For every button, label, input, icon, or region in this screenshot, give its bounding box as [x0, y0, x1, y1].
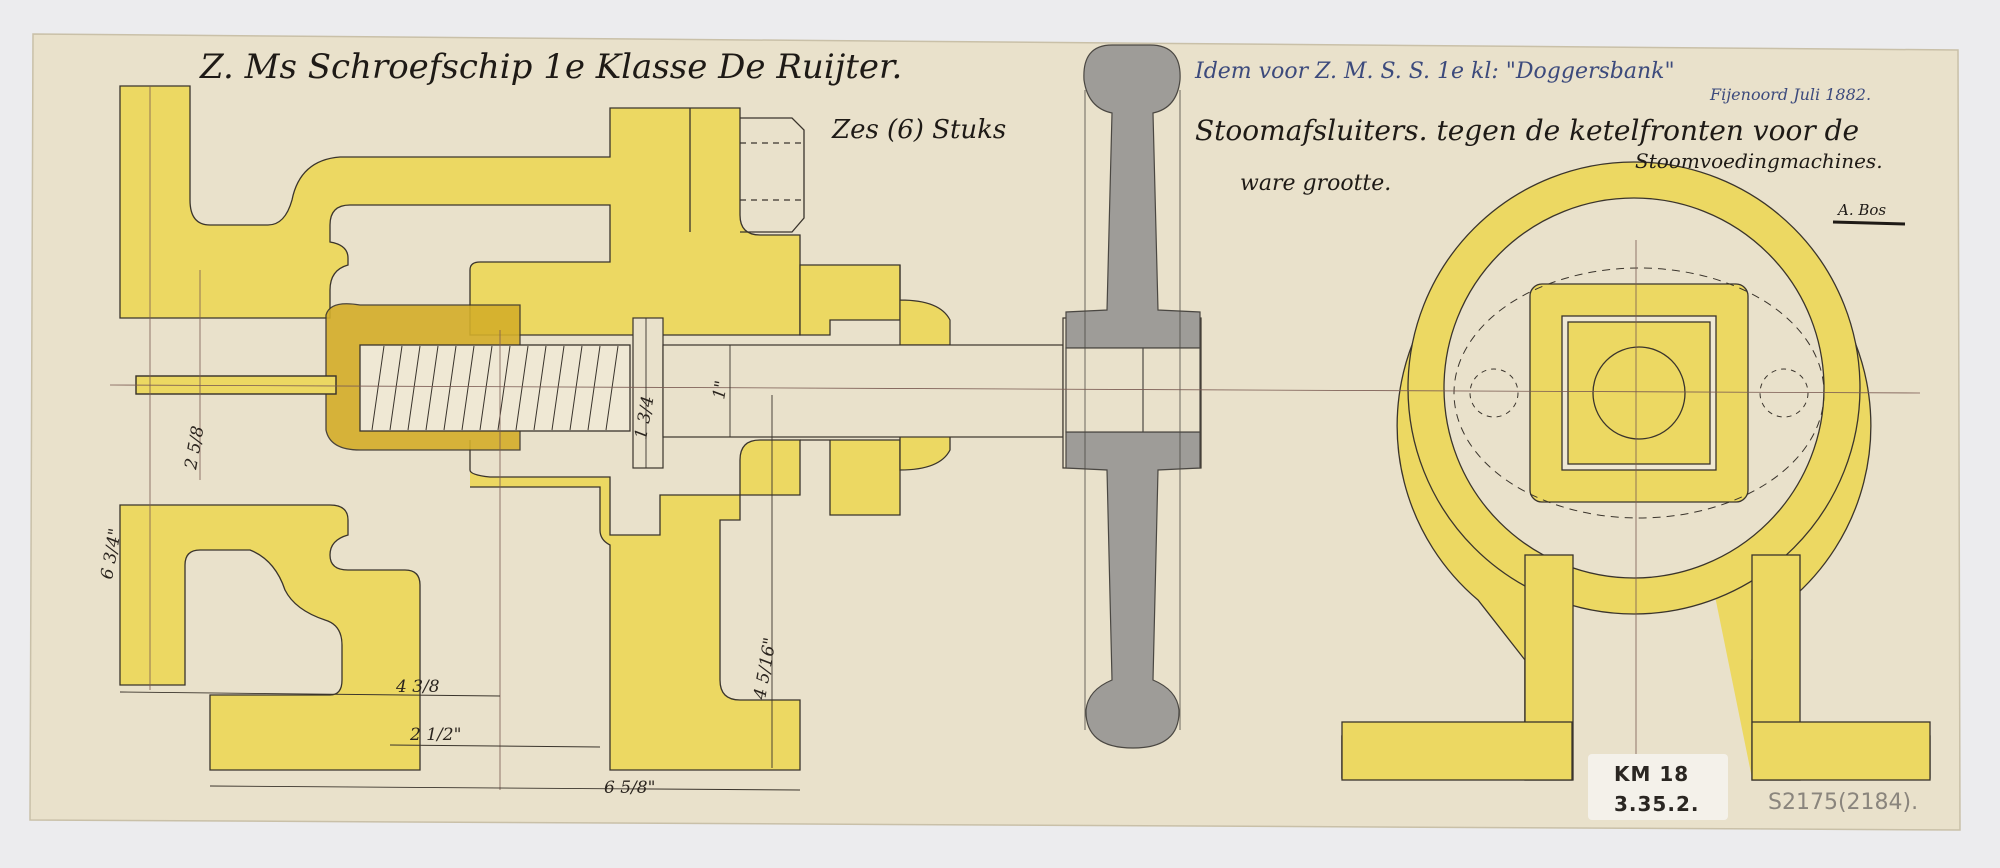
archive-label-line2: 3.35.2.	[1614, 792, 1699, 816]
signature: A. Bos	[1836, 201, 1886, 219]
idem-note: Idem voor Z. M. S. S. 1e kl: "Doggersban…	[1194, 59, 1675, 84]
dim-2-1-2: 2 1/2"	[409, 725, 461, 745]
archive-label: KM 18 3.35.2.	[1588, 754, 1728, 820]
pencil-reference: S2175(2184).	[1768, 790, 1918, 815]
signature-underline	[1833, 222, 1905, 224]
dim-4-3-8: 4 3/8	[395, 677, 440, 697]
description-line2: Stoomvoedingmachines.	[1635, 149, 1883, 173]
place-date: Fijenoord Juli 1882.	[1709, 85, 1871, 104]
dim-1: 1"	[709, 379, 732, 401]
description-line1: Stoomafsluiters. tegen de ketelfronten v…	[1195, 114, 1859, 147]
archive-label-line1: KM 18	[1614, 762, 1689, 786]
scale-note: ware grootte.	[1240, 171, 1391, 196]
drawing-sheet: Z. Ms Schroefschip 1e Klasse De Ruijter.…	[0, 0, 2000, 868]
dim-6-5-8: 6 5/8"	[604, 778, 655, 798]
quantity-note: Zes (6) Stuks	[831, 115, 1006, 145]
drawing-title: Z. Ms Schroefschip 1e Klasse De Ruijter.	[199, 47, 902, 87]
